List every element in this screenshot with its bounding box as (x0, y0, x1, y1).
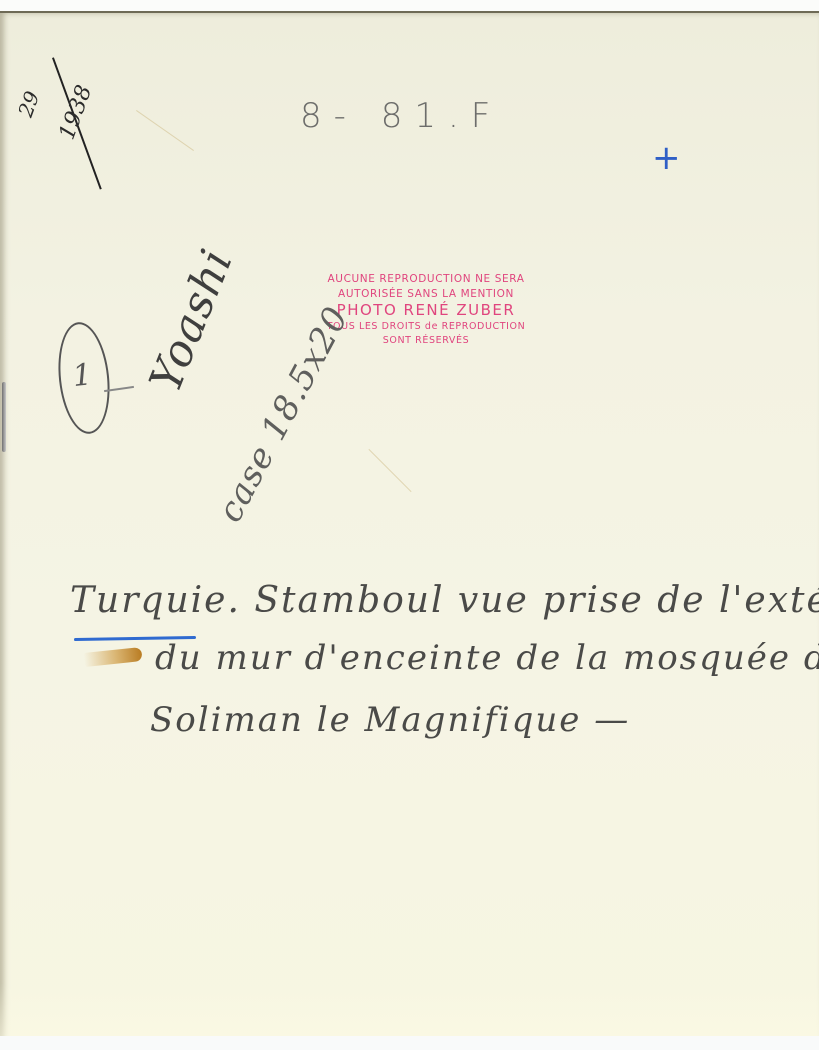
photo-back-paper (0, 11, 819, 1043)
blue-plus-mark: + (652, 138, 681, 178)
scan-bottom-margin (0, 1036, 819, 1050)
stamp-line-2: AUTORISÉE SANS LA MENTION (306, 289, 546, 300)
stamp-line-1: AUCUNE REPRODUCTION NE SERA (306, 274, 546, 285)
caption-line-3: Soliman le Magnifique — (150, 700, 630, 740)
circled-number-value: 1 (71, 357, 94, 394)
caption-line-1: Turquie. Stamboul vue prise de l'extérie… (70, 580, 819, 621)
caption-line-2: du mur d'enceinte de la mosquée de (155, 638, 819, 678)
paper-clip-mark (2, 382, 6, 452)
reference-code: 8- 81.F (300, 96, 502, 136)
